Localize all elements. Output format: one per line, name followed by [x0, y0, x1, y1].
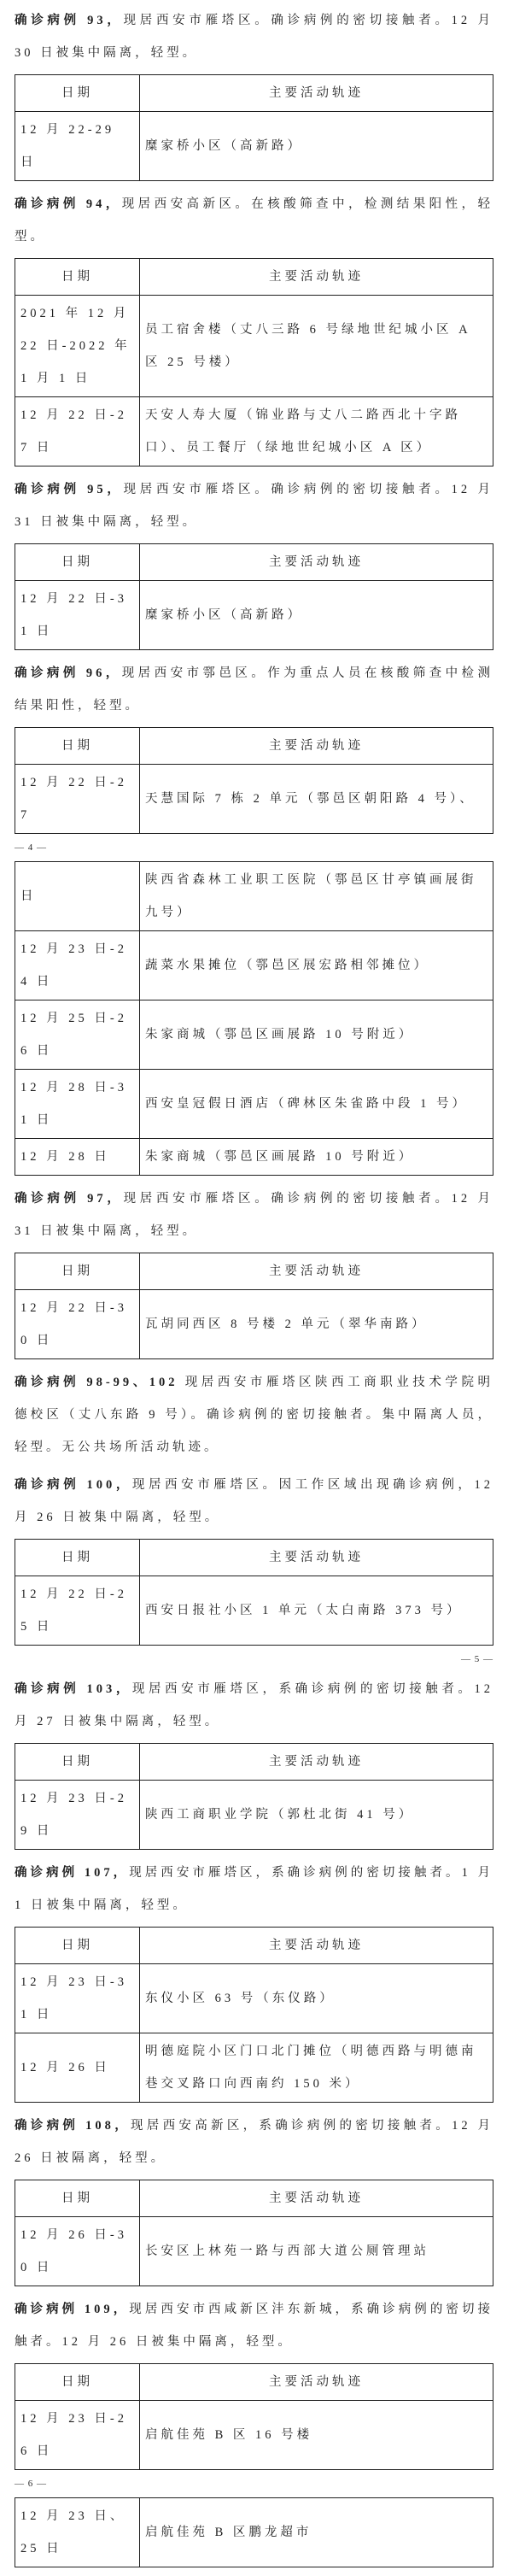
date-cell: 12 月 23 日-24 日 — [15, 931, 140, 1000]
activity-cell: 陕西工商职业学院（郭杜北街 41 号） — [140, 1781, 493, 1850]
table-header-row: 日期主要活动轨迹 — [15, 1540, 493, 1576]
activity-table: 日期主要活动轨迹12 月 22 日-27天慧国际 7 栋 2 单元（鄠邑区朝阳路… — [15, 727, 493, 834]
date-cell: 12 月 23 日-31 日 — [15, 1964, 140, 2033]
table-row: 12 月 23 日、25 日启航佳苑 B 区鹏龙超市 — [15, 2498, 493, 2567]
date-cell: 12 月 22 日-25 日 — [15, 1576, 140, 1646]
covid-case-report: 确诊病例 93，现居西安市雁塔区。确诊病例的密切接触者。12 月 30 日被集中… — [0, 0, 508, 2576]
case-label: 确诊病例 108， — [15, 2119, 131, 2133]
activity-cell: 启航佳苑 B 区 16 号楼 — [140, 2401, 493, 2470]
date-column-header: 日期 — [15, 1253, 140, 1290]
date-cell: 12 月 22 日-31 日 — [15, 581, 140, 650]
table-row: 12 月 22-29 日糜家桥小区（高新路） — [15, 112, 493, 181]
activity-column-header: 主要活动轨迹 — [140, 75, 493, 112]
table-header-row: 日期主要活动轨迹 — [15, 1928, 493, 1964]
activity-cell: 明德庭院小区门口北门摊位（明德西路与明德南巷交叉路口向西南约 150 米） — [140, 2033, 493, 2103]
date-column-header: 日期 — [15, 728, 140, 765]
activity-table: 日期主要活动轨迹12 月 22 日-30 日瓦胡同西区 8 号楼 2 单元（翠华… — [15, 1253, 493, 1359]
date-column-header: 日期 — [15, 1540, 140, 1576]
case-label: 确诊病例 93， — [15, 14, 124, 27]
case-label: 确诊病例 107， — [15, 1866, 129, 1880]
activity-column-header: 主要活动轨迹 — [140, 1253, 493, 1290]
activity-column-header: 主要活动轨迹 — [140, 728, 493, 765]
date-cell: 12 月 23 日-26 日 — [15, 2401, 140, 2470]
activity-cell: 长安区上林苑一路与西部大道公厕管理站 — [140, 2217, 493, 2286]
page-number: — 6 — — [15, 2477, 493, 2491]
activity-column-header: 主要活动轨迹 — [140, 259, 493, 296]
case-intro-paragraph: 确诊病例 107，现居西安市雁塔区，系确诊病例的密切接触者。1 月 1 日被集中… — [15, 1857, 493, 1922]
date-cell: 12 月 22-29 日 — [15, 112, 140, 181]
table-row: 2021 年 12 月 22 日-2022 年 1 月 1 日员工宿舍楼（丈八三… — [15, 296, 493, 397]
case-intro-paragraph: 确诊病例 96，现居西安市鄠邑区。作为重点人员在核酸筛查中检测结果阳性，轻型。 — [15, 657, 493, 722]
activity-column-header: 主要活动轨迹 — [140, 1540, 493, 1576]
table-row: 12 月 23 日-31 日东仪小区 63 号（东仪路） — [15, 1964, 493, 2033]
case-intro-paragraph: 确诊病例 95，现居西安市雁塔区。确诊病例的密切接触者。12 月 31 日被集中… — [15, 473, 493, 538]
table-row: 12 月 22 日-25 日西安日报社小区 1 单元（太白南路 373 号） — [15, 1576, 493, 1646]
table-row: 12 月 25 日-26 日朱家商城（鄠邑区画展路 10 号附近） — [15, 1000, 493, 1070]
activity-cell: 陕西省森林工业职工医院（鄠邑区甘亭镇画展街九号） — [140, 862, 493, 931]
table-row: 12 月 28 日朱家商城（鄠邑区画展路 10 号附近） — [15, 1139, 493, 1176]
case-label: 确诊病例 109， — [15, 2303, 129, 2316]
activity-cell: 朱家商城（鄠邑区画展路 10 号附近） — [140, 1139, 493, 1176]
table-header-row: 日期主要活动轨迹 — [15, 1744, 493, 1781]
table-row: 12 月 22 日-30 日瓦胡同西区 8 号楼 2 单元（翠华南路） — [15, 1290, 493, 1359]
case-label: 确诊病例 95， — [15, 483, 124, 496]
activity-column-header: 主要活动轨迹 — [140, 2364, 493, 2401]
activity-table: 日期主要活动轨迹12 月 22 日-31 日糜家桥小区（高新路） — [15, 543, 493, 650]
activity-column-header: 主要活动轨迹 — [140, 544, 493, 581]
date-column-header: 日期 — [15, 1744, 140, 1781]
activity-table: 日期主要活动轨迹12 月 23 日-31 日东仪小区 63 号（东仪路）12 月… — [15, 1927, 493, 2103]
activity-column-header: 主要活动轨迹 — [140, 1744, 493, 1781]
activity-cell: 西安日报社小区 1 单元（太白南路 373 号） — [140, 1576, 493, 1646]
table-row: 日陕西省森林工业职工医院（鄠邑区甘亭镇画展街九号） — [15, 862, 493, 931]
case-intro-paragraph: 确诊病例 93，现居西安市雁塔区。确诊病例的密切接触者。12 月 30 日被集中… — [15, 4, 493, 69]
table-row: 12 月 23 日-26 日启航佳苑 B 区 16 号楼 — [15, 2401, 493, 2470]
date-column-header: 日期 — [15, 2364, 140, 2401]
table-row: 12 月 26 日-30 日长安区上林苑一路与西部大道公厕管理站 — [15, 2217, 493, 2286]
table-row: 12 月 23 日-24 日蔬菜水果摊位（鄠邑区展宏路相邻摊位） — [15, 931, 493, 1000]
activity-cell: 蔬菜水果摊位（鄠邑区展宏路相邻摊位） — [140, 931, 493, 1000]
activity-cell: 西安皇冠假日酒店（碑林区朱雀路中段 1 号） — [140, 1070, 493, 1139]
date-cell: 12 月 26 日 — [15, 2033, 140, 2103]
date-cell: 12 月 28 日-31 日 — [15, 1070, 140, 1139]
case-intro-paragraph: 确诊病例 94，现居西安高新区。在核酸筛查中，检测结果阳性，轻型。 — [15, 188, 493, 253]
activity-table: 日陕西省森林工业职工医院（鄠邑区甘亭镇画展街九号）12 月 23 日-24 日蔬… — [15, 861, 493, 1176]
activity-table: 日期主要活动轨迹12 月 22 日-25 日西安日报社小区 1 单元（太白南路 … — [15, 1539, 493, 1646]
date-column-header: 日期 — [15, 259, 140, 296]
date-column-header: 日期 — [15, 544, 140, 581]
table-row: 12 月 23 日-29 日陕西工商职业学院（郭杜北街 41 号） — [15, 1781, 493, 1850]
case-intro-paragraph: 确诊病例 108，现居西安高新区，系确诊病例的密切接触者。12 月 26 日被隔… — [15, 2110, 493, 2174]
activity-cell: 员工宿舍楼（丈八三路 6 号绿地世纪城小区 A 区 25 号楼） — [140, 296, 493, 397]
case-label: 确诊病例 98-99、102 — [15, 1376, 185, 1389]
date-column-header: 日期 — [15, 1928, 140, 1964]
date-cell: 12 月 26 日-30 日 — [15, 2217, 140, 2286]
table-header-row: 日期主要活动轨迹 — [15, 1253, 493, 1290]
case-intro-paragraph: 确诊病例 103，现居西安市雁塔区，系确诊病例的密切接触者。12 月 27 日被… — [15, 1673, 493, 1738]
table-header-row: 日期主要活动轨迹 — [15, 75, 493, 112]
table-row: 12 月 26 日明德庭院小区门口北门摊位（明德西路与明德南巷交叉路口向西南约 … — [15, 2033, 493, 2103]
activity-column-header: 主要活动轨迹 — [140, 1928, 493, 1964]
date-cell: 12 月 23 日-29 日 — [15, 1781, 140, 1850]
page-number: — 5 — — [15, 1652, 493, 1666]
activity-cell: 东仪小区 63 号（东仪路） — [140, 1964, 493, 2033]
activity-cell: 糜家桥小区（高新路） — [140, 581, 493, 650]
table-row: 12 月 28 日-31 日西安皇冠假日酒店（碑林区朱雀路中段 1 号） — [15, 1070, 493, 1139]
activity-table: 日期主要活动轨迹12 月 23 日-26 日启航佳苑 B 区 16 号楼 — [15, 2363, 493, 2470]
activity-table: 日期主要活动轨迹12 月 22-29 日糜家桥小区（高新路） — [15, 74, 493, 181]
activity-cell: 朱家商城（鄠邑区画展路 10 号附近） — [140, 1000, 493, 1070]
table-row: 12 月 22 日-27 日天安人寿大厦（锦业路与丈八二路西北十字路口）、员工餐… — [15, 397, 493, 466]
table-row: 12 月 22 日-27天慧国际 7 栋 2 单元（鄠邑区朝阳路 4 号）、 — [15, 765, 493, 834]
case-intro-paragraph: 确诊病例 100，现居西安市雁塔区。因工作区域出现确诊病例，12 月 26 日被… — [15, 1469, 493, 1534]
case-label: 确诊病例 96， — [15, 666, 122, 680]
page-number: — 4 — — [15, 841, 493, 854]
date-cell: 12 月 22 日-27 — [15, 765, 140, 834]
activity-column-header: 主要活动轨迹 — [140, 2180, 493, 2217]
date-column-header: 日期 — [15, 2180, 140, 2217]
activity-table: 日期主要活动轨迹12 月 26 日-30 日长安区上林苑一路与西部大道公厕管理站 — [15, 2180, 493, 2286]
activity-cell: 天安人寿大厦（锦业路与丈八二路西北十字路口）、员工餐厅（绿地世纪城小区 A 区） — [140, 397, 493, 466]
date-cell: 12 月 25 日-26 日 — [15, 1000, 140, 1070]
activity-cell: 启航佳苑 B 区鹏龙超市 — [140, 2498, 493, 2567]
table-header-row: 日期主要活动轨迹 — [15, 2180, 493, 2217]
date-cell: 日 — [15, 862, 140, 931]
date-cell: 12 月 23 日、25 日 — [15, 2498, 140, 2567]
table-row: 12 月 22 日-31 日糜家桥小区（高新路） — [15, 581, 493, 650]
date-cell: 2021 年 12 月 22 日-2022 年 1 月 1 日 — [15, 296, 140, 397]
activity-table: 日期主要活动轨迹2021 年 12 月 22 日-2022 年 1 月 1 日员… — [15, 258, 493, 466]
case-label: 确诊病例 97， — [15, 1192, 124, 1206]
case-label: 确诊病例 103， — [15, 1682, 132, 1696]
table-header-row: 日期主要活动轨迹 — [15, 2364, 493, 2401]
date-column-header: 日期 — [15, 75, 140, 112]
table-header-row: 日期主要活动轨迹 — [15, 728, 493, 765]
case-intro-paragraph: 确诊病例 109，现居西安市西咸新区沣东新城，系确诊病例的密切接触者。12 月 … — [15, 2293, 493, 2358]
case-intro-paragraph: 确诊病例 98-99、102 现居西安市雁塔区陕西工商职业技术学院明德校区（丈八… — [15, 1366, 493, 1464]
table-header-row: 日期主要活动轨迹 — [15, 544, 493, 581]
date-cell: 12 月 28 日 — [15, 1139, 140, 1176]
activity-cell: 天慧国际 7 栋 2 单元（鄠邑区朝阳路 4 号）、 — [140, 765, 493, 834]
activity-table: 日期主要活动轨迹12 月 23 日-29 日陕西工商职业学院（郭杜北街 41 号… — [15, 1743, 493, 1850]
date-cell: 12 月 22 日-27 日 — [15, 397, 140, 466]
table-header-row: 日期主要活动轨迹 — [15, 259, 493, 296]
case-label: 确诊病例 94， — [15, 197, 122, 211]
activity-table: 12 月 23 日、25 日启航佳苑 B 区鹏龙超市 — [15, 2497, 493, 2567]
activity-cell: 糜家桥小区（高新路） — [140, 112, 493, 181]
activity-cell: 瓦胡同西区 8 号楼 2 单元（翠华南路） — [140, 1290, 493, 1359]
case-label: 确诊病例 100， — [15, 1478, 132, 1492]
document-page: { "document": { "background": "#ffffff",… — [0, 0, 508, 2576]
date-cell: 12 月 22 日-30 日 — [15, 1290, 140, 1359]
case-intro-paragraph: 确诊病例 97，现居西安市雁塔区。确诊病例的密切接触者。12 月 31 日被集中… — [15, 1182, 493, 1247]
